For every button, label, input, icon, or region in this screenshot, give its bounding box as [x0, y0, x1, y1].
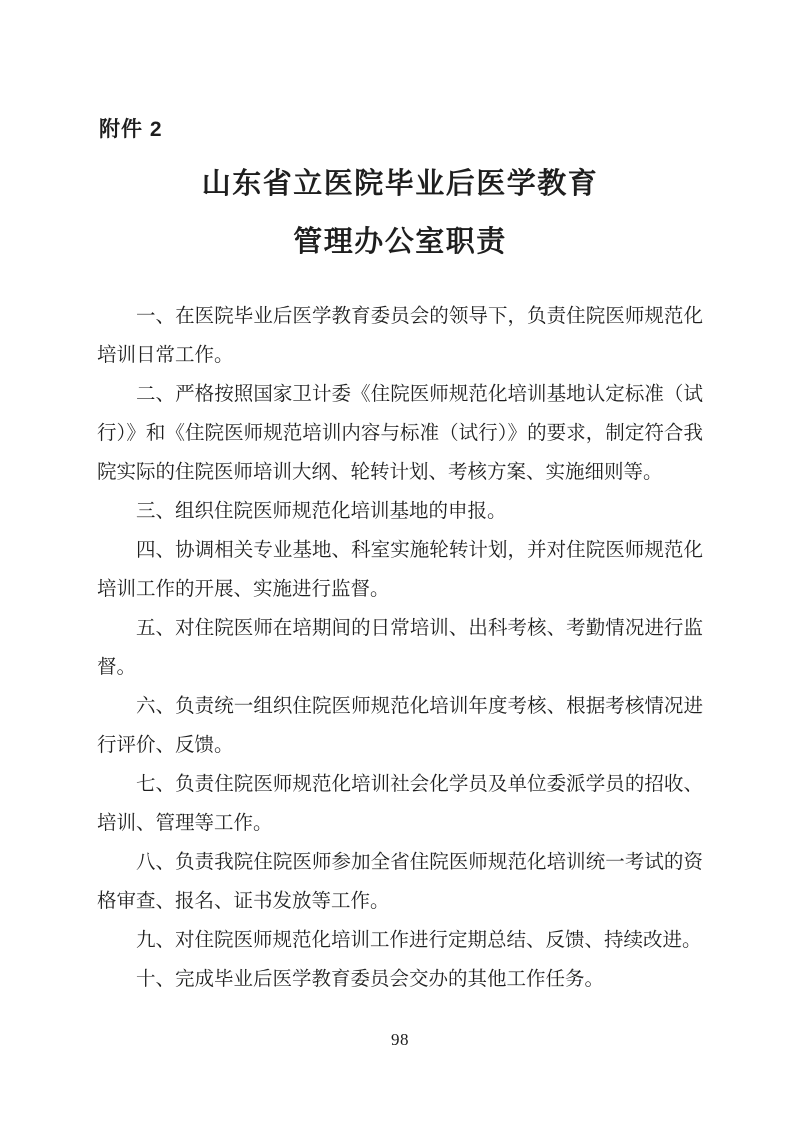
- page-number: 98: [0, 1030, 800, 1050]
- paragraph-4: 四、协调相关专业基地、科室实施轮转计划，并对住院医师规范化培训工作的开展、实施进…: [97, 531, 703, 609]
- document-title-line-1: 山东省立医院毕业后医学教育: [0, 155, 800, 213]
- paragraph-8: 八、负责我院住院医师参加全省住院医师规范化培训统一考试的资格审查、报名、证书发放…: [97, 843, 703, 921]
- paragraph-3: 三、组织住院医师规范化培训基地的申报。: [97, 492, 703, 531]
- paragraph-9: 九、对住院医师规范化培训工作进行定期总结、反馈、持续改进。: [97, 921, 703, 960]
- paragraph-2: 二、严格按照国家卫计委《住院医师规范化培训基地认定标准（试行）》和《住院医师规范…: [97, 375, 703, 492]
- document-body: 一、在医院毕业后医学教育委员会的领导下，负责住院医师规范化培训日常工作。 二、严…: [97, 297, 703, 999]
- paragraph-7: 七、负责住院医师规范化培训社会化学员及单位委派学员的招收、培训、管理等工作。: [97, 765, 703, 843]
- attachment-label: 附件 2: [99, 113, 163, 143]
- document-page: 附件 2 山东省立医院毕业后医学教育 管理办公室职责 一、在医院毕业后医学教育委…: [0, 0, 800, 1129]
- paragraph-6: 六、负责统一组织住院医师规范化培训年度考核、根据考核情况进行评价、反馈。: [97, 687, 703, 765]
- paragraph-1: 一、在医院毕业后医学教育委员会的领导下，负责住院医师规范化培训日常工作。: [97, 297, 703, 375]
- paragraph-10: 十、完成毕业后医学教育委员会交办的其他工作任务。: [97, 960, 703, 999]
- document-title: 山东省立医院毕业后医学教育 管理办公室职责: [0, 155, 800, 271]
- paragraph-5: 五、对住院医师在培期间的日常培训、出科考核、考勤情况进行监督。: [97, 609, 703, 687]
- document-title-line-2: 管理办公室职责: [0, 213, 800, 271]
